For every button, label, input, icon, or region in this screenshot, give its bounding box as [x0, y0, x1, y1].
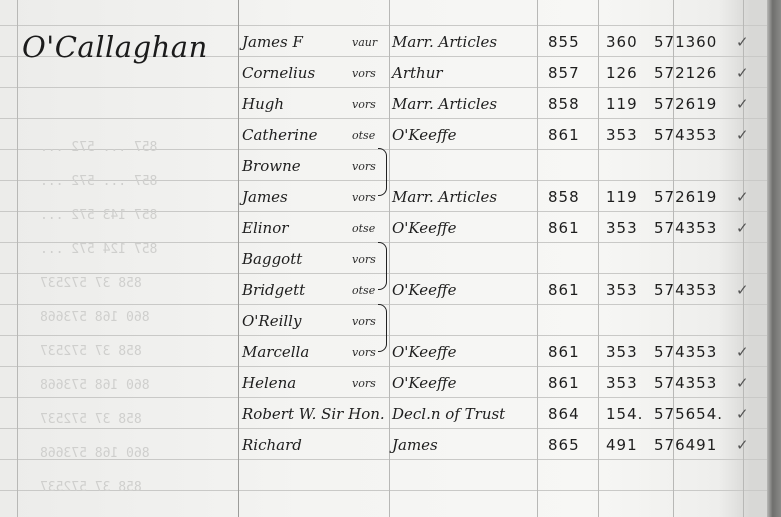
entry-relation: vors [352, 182, 376, 213]
entry-volume: 861 [548, 368, 580, 399]
check-mark-icon: ✓ [736, 368, 749, 399]
entry-name: Baggott [242, 244, 302, 275]
entry-volume: 857 [548, 58, 580, 89]
ledger-row: CatherineotseO'Keeffe861353574353✓ [0, 120, 768, 151]
entry-party: O'Keeffe [392, 275, 456, 306]
ledger-row: CorneliusvorsArthur857126572126✓ [0, 58, 768, 89]
entry-name: O'Reilly [242, 306, 301, 337]
entry-relation: otse [352, 213, 375, 244]
entry-reference: 574353 [654, 213, 717, 244]
entry-volume: 865 [548, 430, 580, 461]
entry-page: 119 [606, 89, 638, 120]
entry-page: 491 [606, 430, 638, 461]
entry-name: Richard [242, 430, 302, 461]
check-mark-icon: ✓ [736, 213, 749, 244]
entry-relation: vaur [352, 27, 377, 58]
entry-relation: vors [352, 306, 376, 337]
entry-reference: 574353 [654, 120, 717, 151]
check-mark-icon: ✓ [736, 120, 749, 151]
entry-relation: vors [352, 58, 376, 89]
entry-reference: 572619 [654, 89, 717, 120]
entry-volume: 864 [548, 399, 580, 430]
entry-volume: 858 [548, 89, 580, 120]
entry-reference: 576491 [654, 430, 717, 461]
check-mark-icon: ✓ [736, 89, 749, 120]
entry-name: Marcella [242, 337, 309, 368]
ghost-text: 858 37 572537 [40, 480, 142, 495]
entry-relation: vors [352, 151, 376, 182]
entry-page: 154. [606, 399, 643, 430]
entry-party: O'Keeffe [392, 120, 456, 151]
entry-name: James F [242, 27, 303, 58]
ledger-page: 857 ... 572 ...857 ... 572 ...857 143 57… [0, 0, 781, 517]
entry-volume: 861 [548, 213, 580, 244]
ledger-row: HelenavorsO'Keeffe861353574353✓ [0, 368, 768, 399]
entry-volume: 855 [548, 27, 580, 58]
entry-page: 353 [606, 275, 638, 306]
ledger-row: Robert W. Sir Hon.Decl.n of Trust864154.… [0, 399, 768, 430]
entry-page: 353 [606, 337, 638, 368]
entry-relation: otse [352, 120, 375, 151]
check-mark-icon: ✓ [736, 430, 749, 461]
entry-page: 360 [606, 27, 638, 58]
entry-page: 119 [606, 182, 638, 213]
brace-catherine-browne [378, 148, 387, 196]
ledger-row: RichardJames865491576491✓ [0, 430, 768, 461]
entry-party: Marr. Articles [392, 182, 497, 213]
entry-reference: 574353 [654, 275, 717, 306]
entry-party: O'Keeffe [392, 368, 456, 399]
entry-name: Elinor [242, 213, 288, 244]
check-mark-icon: ✓ [736, 58, 749, 89]
entry-page: 126 [606, 58, 638, 89]
entry-reference: 572126 [654, 58, 717, 89]
ledger-row: HughvorsMarr. Articles858119572619✓ [0, 89, 768, 120]
entry-party: Arthur [392, 58, 443, 89]
entry-name: Helena [242, 368, 296, 399]
ledger-row: James FvaurMarr. Articles855360571360✓ [0, 27, 768, 58]
check-mark-icon: ✓ [736, 27, 749, 58]
entry-reference: 574353 [654, 368, 717, 399]
entry-relation: vors [352, 337, 376, 368]
check-mark-icon: ✓ [736, 275, 749, 306]
entry-reference: 575654. [654, 399, 723, 430]
entry-reference: 572619 [654, 182, 717, 213]
entry-reference: 574353 [654, 337, 717, 368]
check-mark-icon: ✓ [736, 399, 749, 430]
entry-party: O'Keeffe [392, 213, 456, 244]
entry-name: Browne [242, 151, 301, 182]
entry-volume: 861 [548, 337, 580, 368]
entry-page: 353 [606, 213, 638, 244]
entry-name: James [242, 182, 288, 213]
entry-party: Decl.n of Trust [392, 399, 505, 430]
entry-volume: 861 [548, 275, 580, 306]
book-binding-edge [767, 0, 781, 517]
check-mark-icon: ✓ [736, 182, 749, 213]
brace-bridgett-oreilly [378, 304, 387, 352]
entry-volume: 861 [548, 120, 580, 151]
entry-party: Marr. Articles [392, 89, 497, 120]
entry-reference: 571360 [654, 27, 717, 58]
check-mark-icon: ✓ [736, 337, 749, 368]
entry-name: Robert W. Sir Hon. [242, 399, 385, 430]
entry-relation: vors [352, 89, 376, 120]
entry-party: Marr. Articles [392, 27, 497, 58]
entry-relation: vors [352, 244, 376, 275]
entry-name: Cornelius [242, 58, 315, 89]
entry-party: O'Keeffe [392, 337, 456, 368]
entry-name: Bridgett [242, 275, 305, 306]
entry-name: Hugh [242, 89, 284, 120]
entry-name: Catherine [242, 120, 318, 151]
entry-party: James [392, 430, 438, 461]
entry-page: 353 [606, 368, 638, 399]
ruled-line [0, 25, 768, 26]
ledger-row: ElinorotseO'Keeffe861353574353✓ [0, 213, 768, 244]
entry-relation: vors [352, 368, 376, 399]
entry-relation: otse [352, 275, 375, 306]
brace-elinor-baggott [378, 242, 387, 290]
entry-volume: 858 [548, 182, 580, 213]
entry-page: 353 [606, 120, 638, 151]
